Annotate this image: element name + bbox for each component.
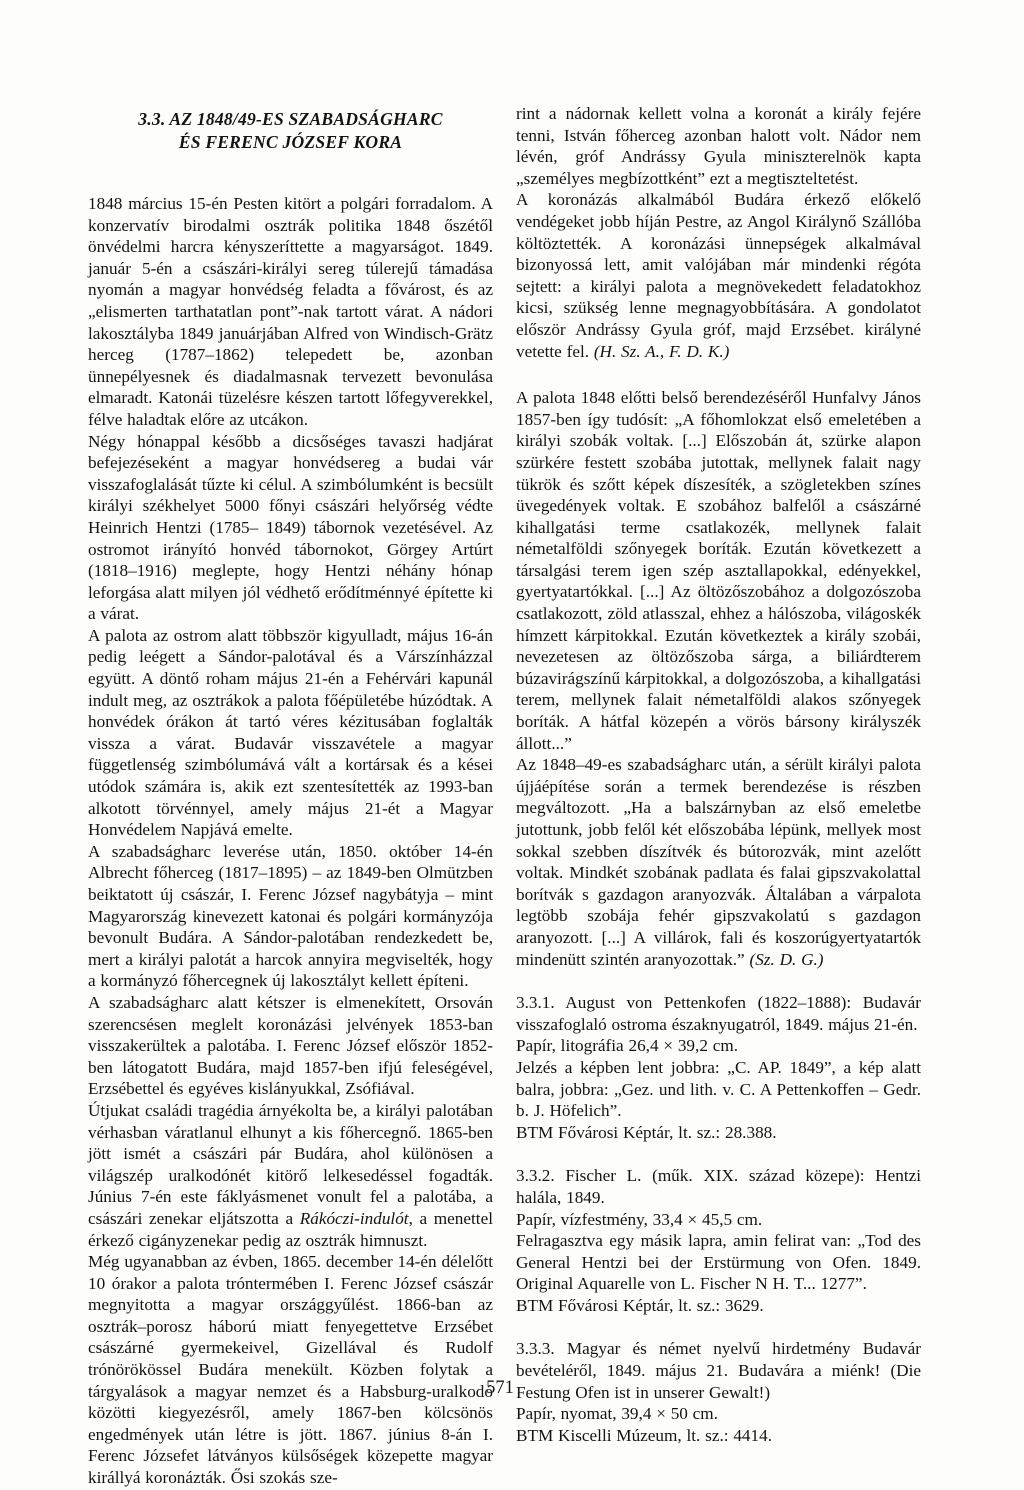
paragraph: Papír, litográfia 26,4 × 39,2 cm.	[516, 1035, 921, 1057]
right-column: rint a nádornak kellett volna a koronát …	[516, 103, 921, 1446]
catalogue-entry: 3.3.2. Fischer L. (műk. XIX. század köze…	[516, 1165, 921, 1316]
page-number: 571	[0, 1378, 1000, 1399]
paragraph: A szabadságharc leverése után, 1850. okt…	[88, 841, 493, 992]
left-column-body: 1848 március 15-én Pesten kitört a polgá…	[88, 193, 493, 1489]
paragraph: A szabadságharc alatt kétszer is elmenek…	[88, 992, 493, 1100]
paragraph: A palota az ostrom alatt többször kigyul…	[88, 625, 493, 841]
section-heading: 3.3. AZ 1848/49-ES SZABADSÁGHARC ÉS FERE…	[88, 108, 493, 154]
paragraph: 3.3.2. Fischer L. (műk. XIX. század köze…	[516, 1165, 921, 1208]
paragraph: Útjukat családi tragédia árnyékolta be, …	[88, 1100, 493, 1251]
paragraph: 1848 március 15-én Pesten kitört a polgá…	[88, 193, 493, 431]
paragraph: Felragasztva egy másik lapra, amin felir…	[516, 1230, 921, 1295]
paragraph: Az 1848–49-es szabadságharc után, a sérü…	[516, 754, 921, 970]
paragraph: BTM Kiscelli Múzeum, lt. sz.: 4414.	[516, 1425, 921, 1447]
section-heading-line2: ÉS FERENC JÓZSEF KORA	[179, 132, 402, 152]
paragraph: A koronázás alkalmából Budára érkező elő…	[516, 189, 921, 362]
paragraph: BTM Fővárosi Képtár, lt. sz.: 3629.	[516, 1295, 921, 1317]
paragraph: 3.3.1. August von Pettenkofen (1822–1888…	[516, 992, 921, 1035]
paragraph: BTM Fővárosi Képtár, lt. sz.: 28.388.	[516, 1122, 921, 1144]
paragraph: Papír, nyomat, 39,4 × 50 cm.	[516, 1403, 921, 1425]
paragraph: Papír, vízfestmény, 33,4 × 45,5 cm.	[516, 1209, 921, 1231]
paragraph: Jelzés a képben lent jobbra: „C. AP. 184…	[516, 1057, 921, 1122]
paragraph: rint a nádornak kellett volna a koronát …	[516, 103, 921, 189]
catalogue-entry: 3.3.1. August von Pettenkofen (1822–1888…	[516, 992, 921, 1143]
section-heading-line1: 3.3. AZ 1848/49-ES SZABADSÁGHARC	[138, 109, 442, 129]
paragraph: A palota 1848 előtti belső berendezésérő…	[516, 387, 921, 754]
left-column: 3.3. AZ 1848/49-ES SZABADSÁGHARC ÉS FERE…	[88, 108, 493, 1489]
scanned-book-page: 3.3. AZ 1848/49-ES SZABADSÁGHARC ÉS FERE…	[0, 0, 1024, 1490]
paragraph: Még ugyanabban az évben, 1865. december …	[88, 1251, 493, 1489]
paragraph: Négy hónappal később a dicsőséges tavasz…	[88, 431, 493, 625]
